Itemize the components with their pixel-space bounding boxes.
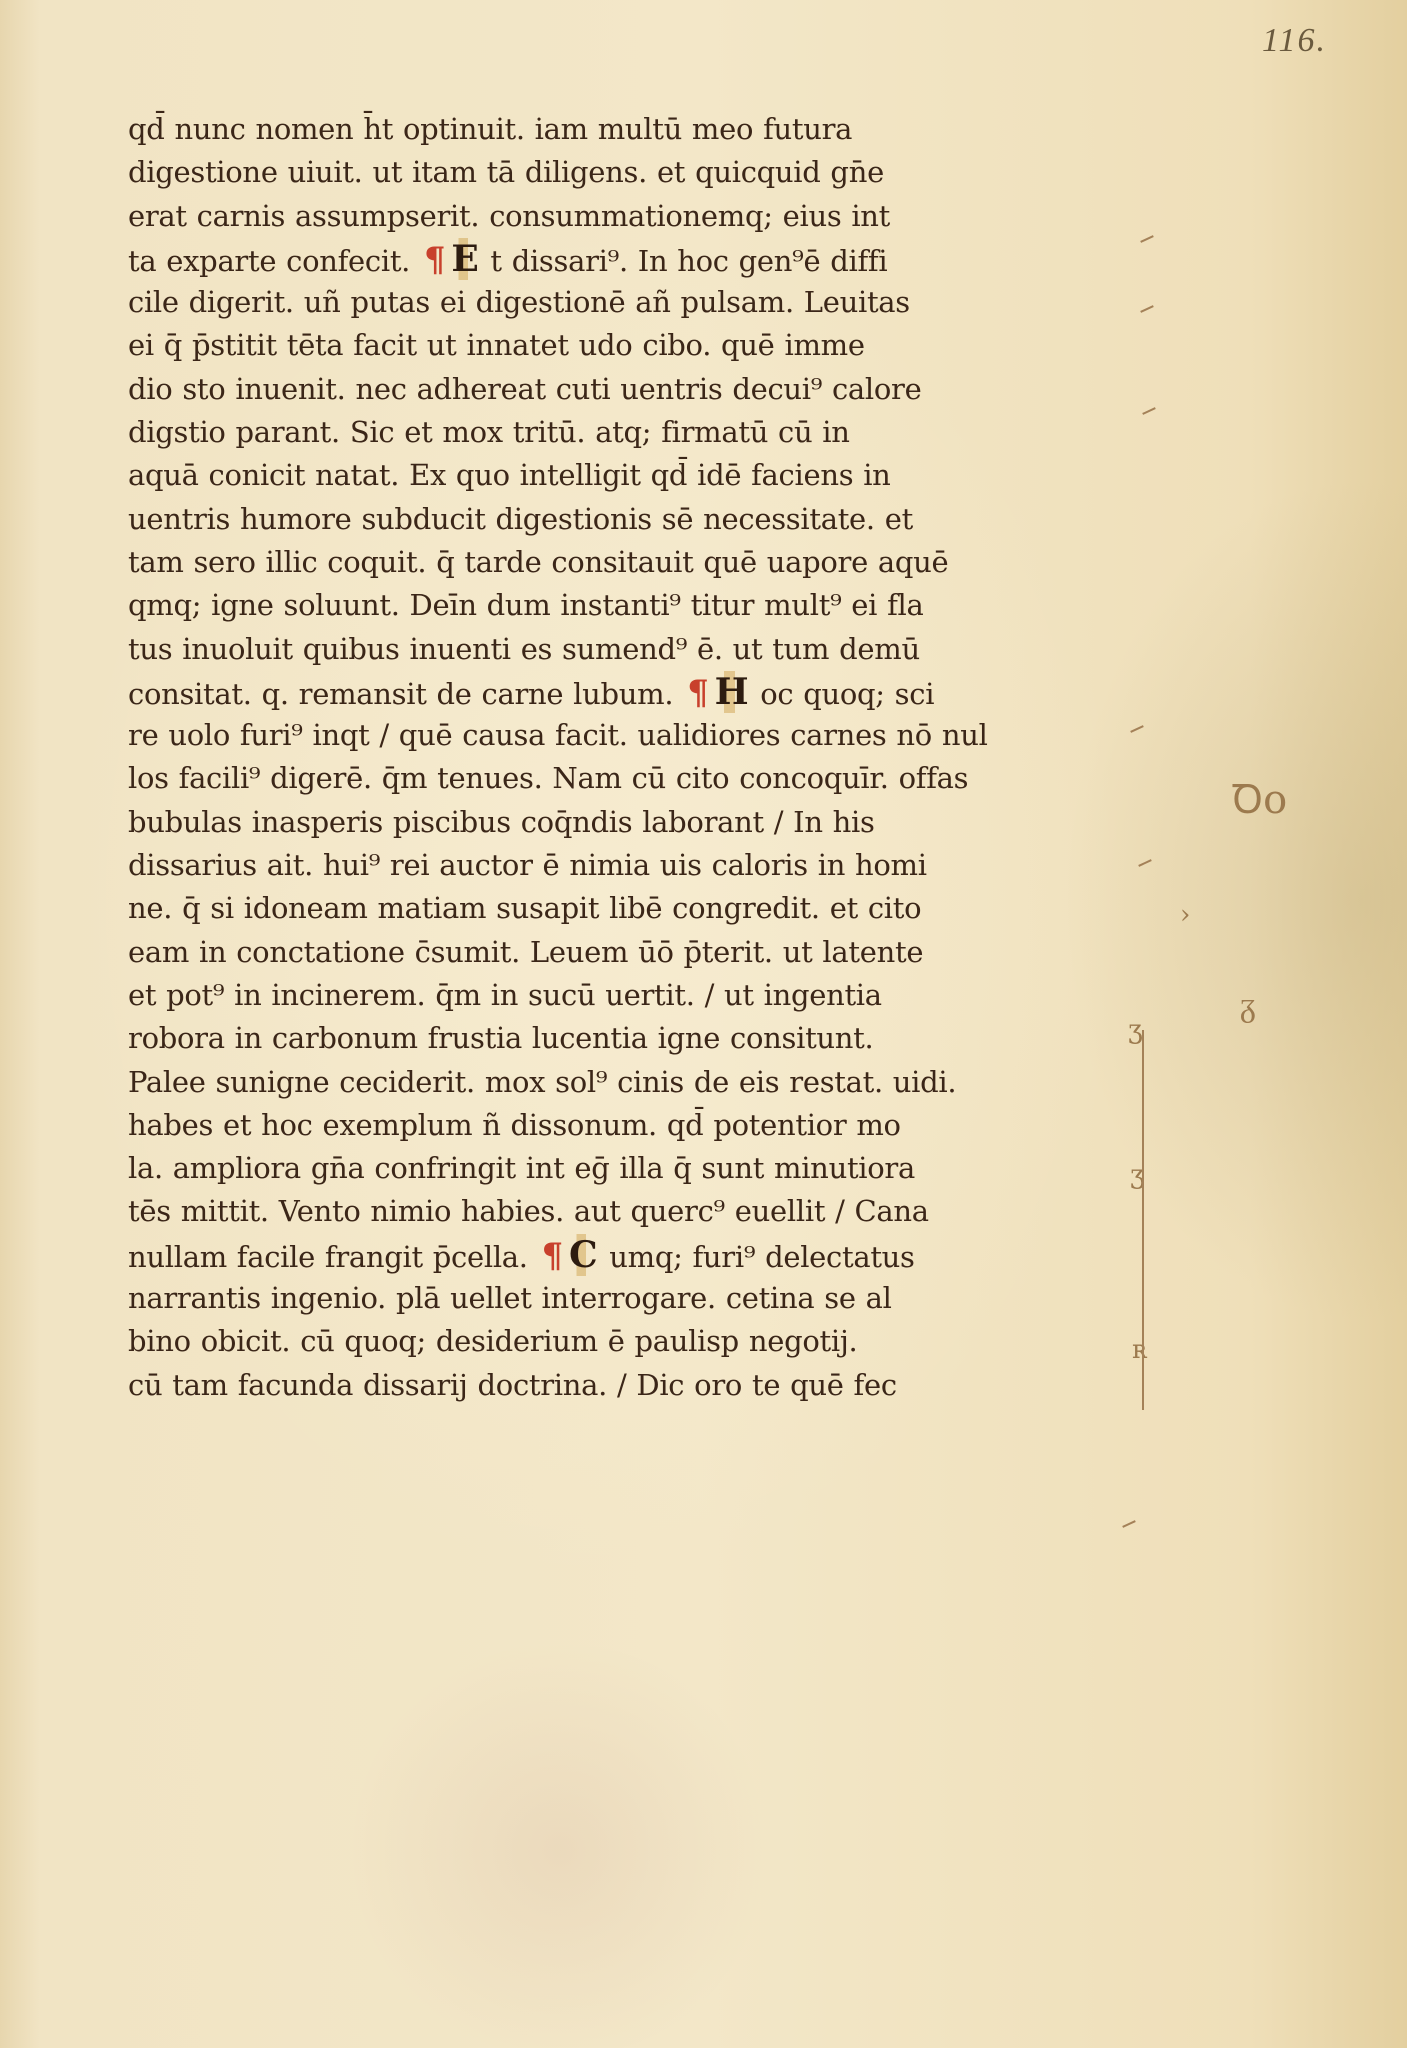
manuscript-line: ei q̄ p̄stitit tēta facit ut innatet udo…: [128, 324, 1148, 367]
manuscript-line: tus inuoluit quibus inuenti es sumend⁹ ē…: [128, 628, 1148, 671]
manuscript-line: ta exparte confecit. ¶E t dissari⁹. In h…: [128, 238, 1148, 281]
manuscript-line: erat carnis assumpserit. consummationemq…: [128, 195, 1148, 238]
manuscript-line: robora in carbonum frustia lucentia igne…: [128, 1017, 1148, 1060]
manuscript-line: eam in conctatione c̄sumit. Leuem ūō p̄t…: [128, 931, 1148, 974]
margin-bracket-mark: ʀ: [1132, 1335, 1147, 1365]
line-text: ne. q̄ si idoneam matiam susapit libē co…: [128, 891, 921, 925]
line-text: dio sto inuenit. nec adhereat cuti uentr…: [128, 372, 921, 406]
manuscript-line: Palee sunigne ceciderit. mox sol⁹ cinis …: [128, 1061, 1148, 1104]
manuscript-line: digstio parant. Sic et mox tritū. atq; f…: [128, 411, 1148, 454]
line-text: umq; furi⁹ delectatus: [599, 1240, 914, 1274]
line-text: et pot⁹ in incinerem. q̄m in sucū uertit…: [128, 978, 882, 1012]
manuscript-line: cile digerit. uñ putas ei digestionē añ …: [128, 281, 1148, 324]
manuscript-line: qmq; igne soluunt. Deīn dum instanti⁹ ti…: [128, 584, 1148, 627]
margin-note: Ꝺo: [1232, 770, 1287, 825]
manuscript-line: bino obicit. cū quoq; desiderium ē pauli…: [128, 1320, 1148, 1363]
manuscript-line: qd̄ nunc nomen h̄t optinuit. iam multū m…: [128, 108, 1148, 151]
line-text: dissarius ait. hui⁹ rei auctor ē nimia u…: [128, 848, 927, 882]
manuscript-line: et pot⁹ in incinerem. q̄m in sucū uertit…: [128, 974, 1148, 1017]
manuscript-line: tam sero illic coquit. q̄ tarde consitau…: [128, 541, 1148, 584]
line-text: qmq; igne soluunt. Deīn dum instanti⁹ ti…: [128, 588, 923, 622]
manuscript-line: dissarius ait. hui⁹ rei auctor ē nimia u…: [128, 844, 1148, 887]
line-text: nullam facile frangit p̄cella.: [128, 1240, 538, 1274]
manuscript-line: re uolo furi⁹ inqt / quē causa facit. ua…: [128, 714, 1148, 757]
manuscript-text-block: qd̄ nunc nomen h̄t optinuit. iam multū m…: [128, 108, 1148, 1407]
margin-bracket-mark: ʒ: [1128, 1015, 1143, 1045]
line-text: cile digerit. uñ putas ei digestionē añ …: [128, 285, 910, 319]
line-text: ta exparte confecit.: [128, 244, 420, 278]
decorated-initial: C: [567, 1234, 599, 1276]
manuscript-line: la. ampliora gn̄a confringit int eḡ illa…: [128, 1147, 1148, 1190]
line-text: uentris humore subducit digestionis sē n…: [128, 502, 913, 536]
manuscript-line: digestione uiuit. ut itam tā diligens. e…: [128, 151, 1148, 194]
line-text: habes et hoc exemplum ñ dissonum. qd̄ po…: [128, 1108, 901, 1142]
margin-note: ›: [1180, 900, 1190, 930]
line-text: tēs mittit. Vento nimio habies. aut quer…: [128, 1194, 929, 1228]
line-text: narrantis ingenio. plā uellet interrogar…: [128, 1281, 892, 1315]
line-text: qd̄ nunc nomen h̄t optinuit. iam multū m…: [128, 112, 852, 146]
line-text: tus inuoluit quibus inuenti es sumend⁹ ē…: [128, 632, 920, 666]
manuscript-line: cū tam facunda dissarij doctrina. / Dic …: [128, 1364, 1148, 1407]
line-text: t dissari⁹. In hoc gen⁹ē diffi: [481, 244, 888, 278]
line-text: digestione uiuit. ut itam tā diligens. e…: [128, 155, 884, 189]
line-text: la. ampliora gn̄a confringit int eḡ illa…: [128, 1151, 915, 1185]
margin-note: ᵹ: [1240, 985, 1256, 1025]
line-text: los facili⁹ digerē. q̄m tenues. Nam cū c…: [128, 761, 968, 795]
decorated-initial: E: [449, 238, 480, 280]
manuscript-line: tēs mittit. Vento nimio habies. aut quer…: [128, 1190, 1148, 1233]
folio-number: 116.: [1262, 22, 1327, 60]
line-text: bino obicit. cū quoq; desiderium ē pauli…: [128, 1324, 857, 1358]
rubric-paragraph-mark-icon: ¶: [687, 673, 708, 713]
line-text: erat carnis assumpserit. consummationemq…: [128, 199, 890, 233]
line-text: oc quoq; sci: [750, 677, 934, 711]
manuscript-line: bubulas inasperis piscibus coq̄ndis labo…: [128, 801, 1148, 844]
line-text: cū tam facunda dissarij doctrina. / Dic …: [128, 1368, 897, 1402]
rubric-paragraph-mark-icon: ¶: [424, 240, 445, 280]
manuscript-line: nullam facile frangit p̄cella. ¶C umq; f…: [128, 1234, 1148, 1277]
manuscript-line: aquā conicit natat. Ex quo intelligit qd…: [128, 454, 1148, 497]
manuscript-line: los facili⁹ digerē. q̄m tenues. Nam cū c…: [128, 757, 1148, 800]
line-text: ei q̄ p̄stitit tēta facit ut innatet udo…: [128, 328, 865, 362]
manuscript-line: narrantis ingenio. plā uellet interrogar…: [128, 1277, 1148, 1320]
line-text: consitat. q. remansit de carne lubum.: [128, 677, 683, 711]
manuscript-line: consitat. q. remansit de carne lubum. ¶H…: [128, 671, 1148, 714]
line-text: Palee sunigne ceciderit. mox sol⁹ cinis …: [128, 1065, 956, 1099]
rubric-paragraph-mark-icon: ¶: [542, 1236, 563, 1276]
line-text: tam sero illic coquit. q̄ tarde consitau…: [128, 545, 948, 579]
margin-bracket-line: [1142, 1030, 1144, 1410]
manuscript-line: ne. q̄ si idoneam matiam susapit libē co…: [128, 887, 1148, 930]
manuscript-line: uentris humore subducit digestionis sē n…: [128, 498, 1148, 541]
manuscript-line: dio sto inuenit. nec adhereat cuti uentr…: [128, 368, 1148, 411]
manuscript-line: habes et hoc exemplum ñ dissonum. qd̄ po…: [128, 1104, 1148, 1147]
line-text: bubulas inasperis piscibus coq̄ndis labo…: [128, 805, 875, 839]
line-text: re uolo furi⁹ inqt / quē causa facit. ua…: [128, 718, 988, 752]
decorated-initial: H: [713, 671, 751, 713]
line-text: eam in conctatione c̄sumit. Leuem ūō p̄t…: [128, 935, 923, 969]
line-text: aquā conicit natat. Ex quo intelligit qd…: [128, 458, 891, 492]
line-text: digstio parant. Sic et mox tritū. atq; f…: [128, 415, 850, 449]
line-text: robora in carbonum frustia lucentia igne…: [128, 1021, 873, 1055]
